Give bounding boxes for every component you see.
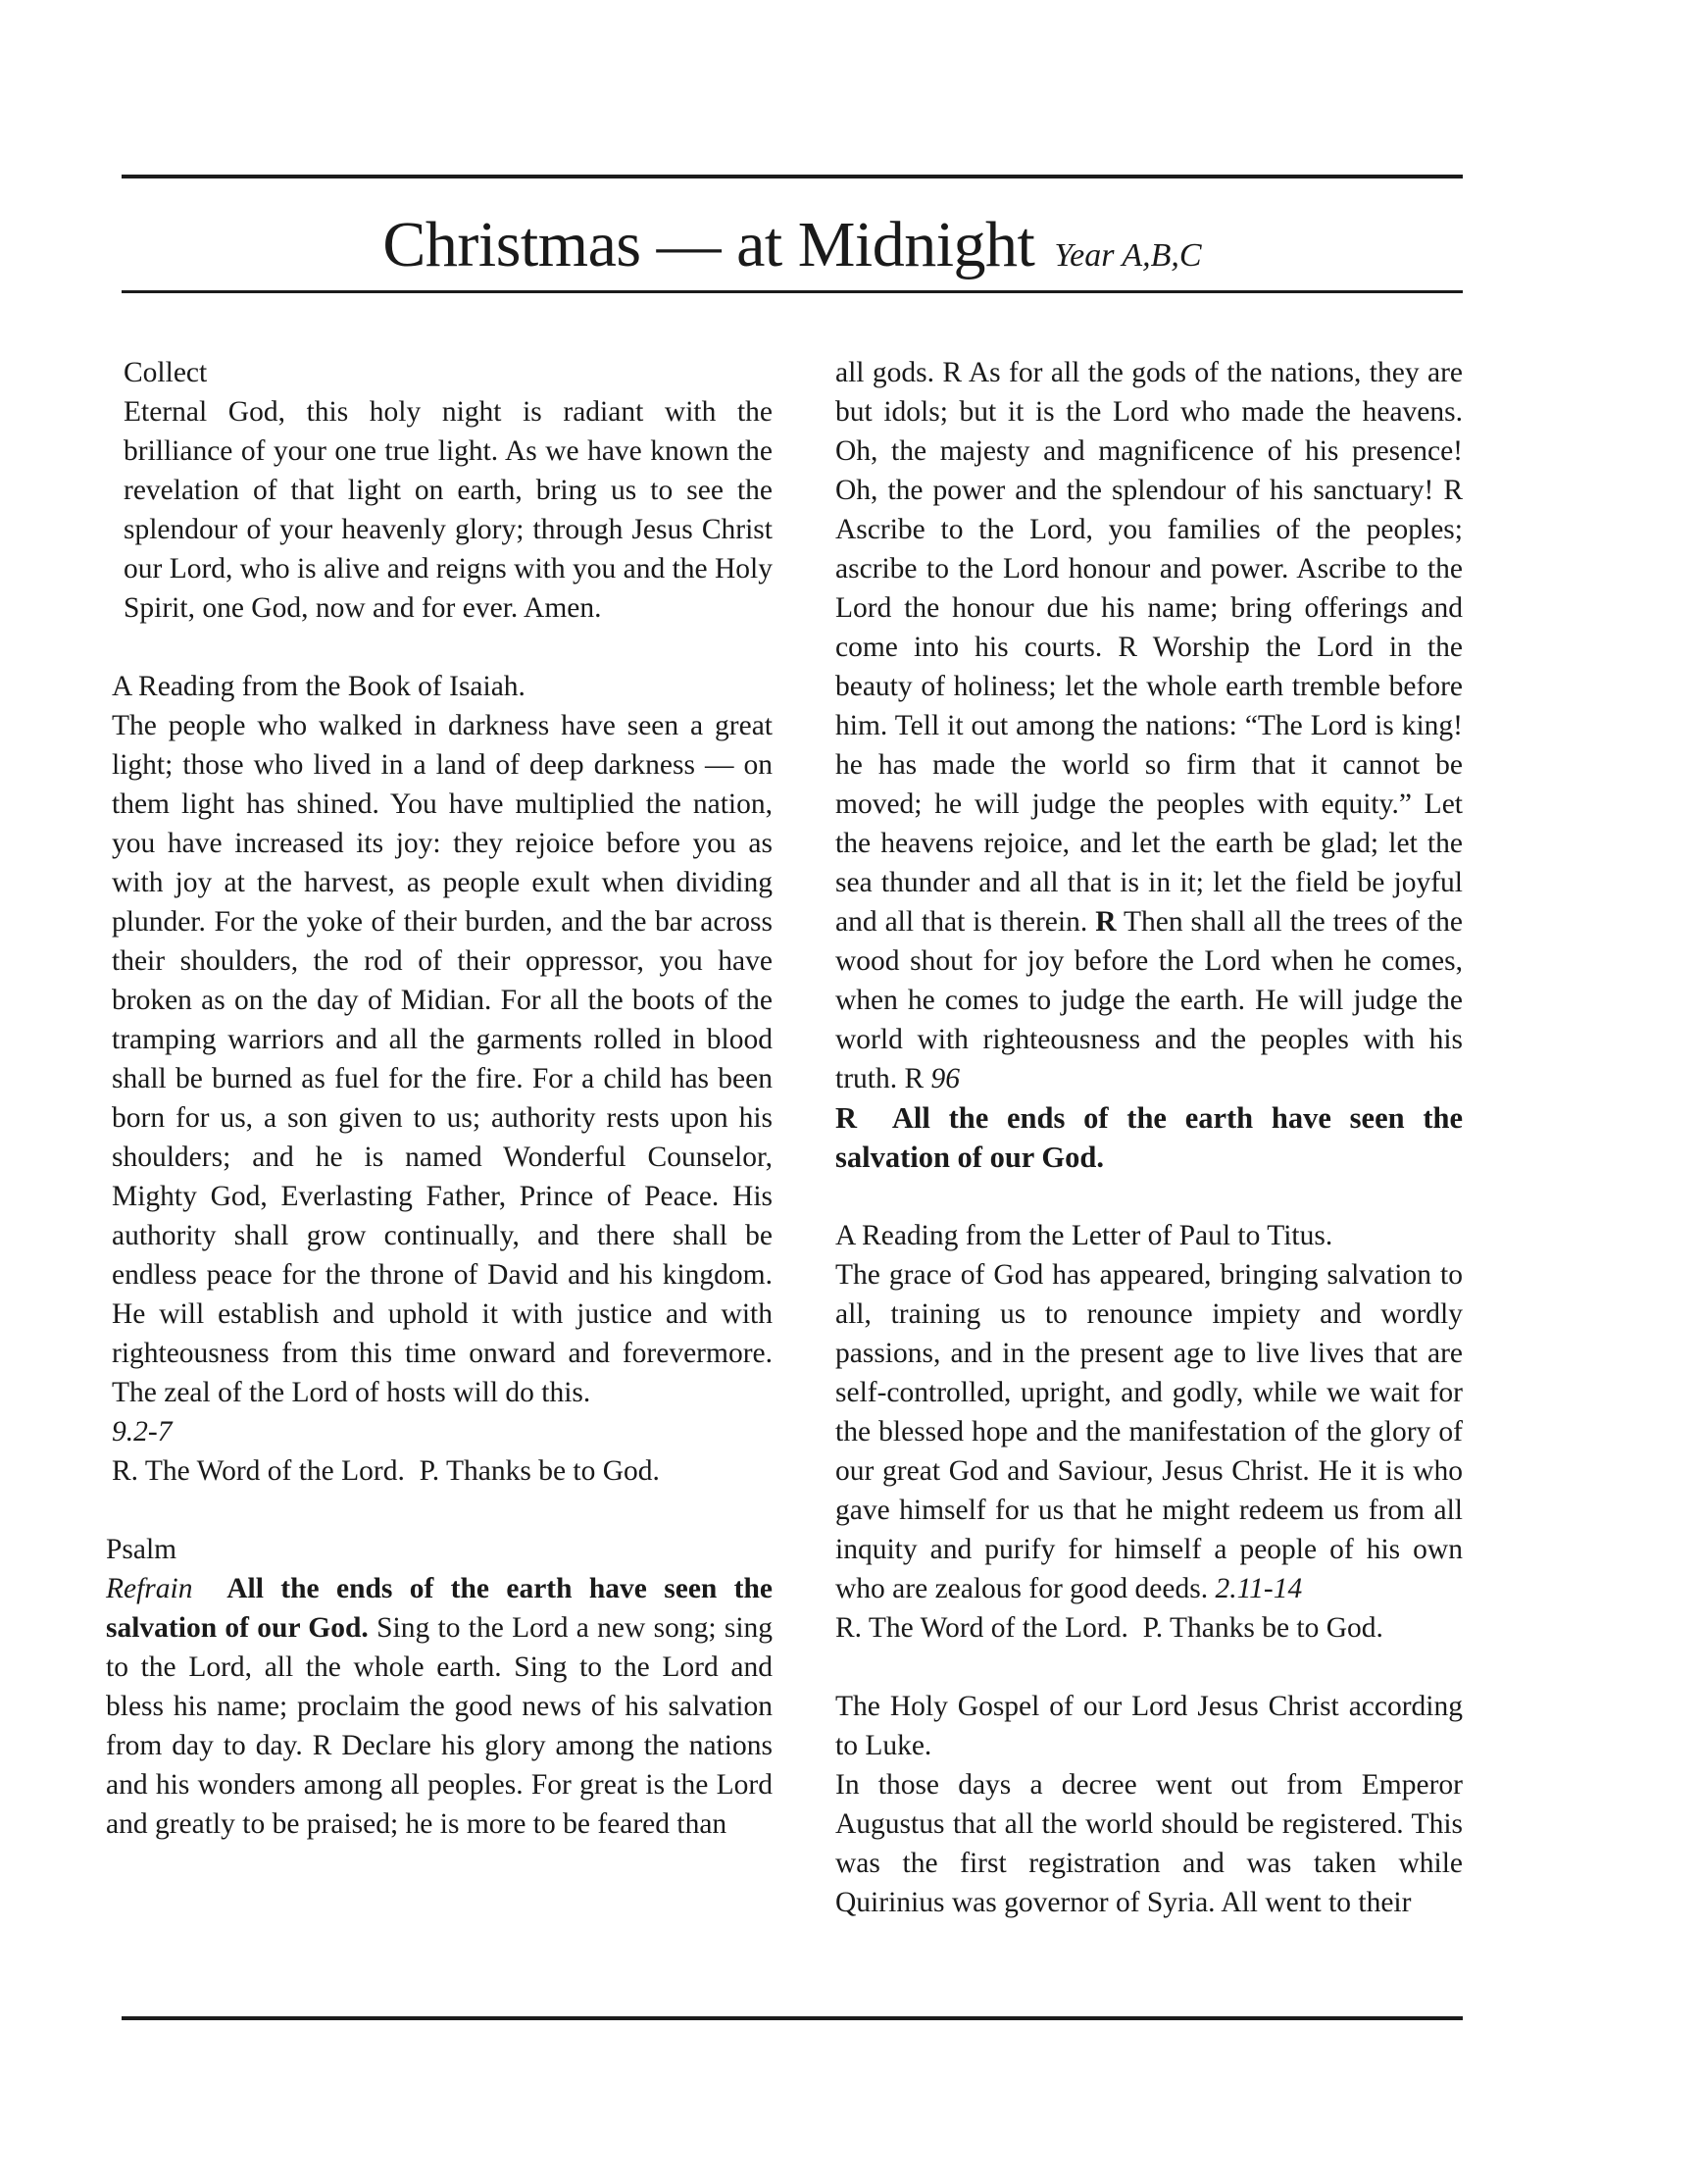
title-underline-rule bbox=[122, 290, 1463, 293]
response-p-label: P. bbox=[1143, 1612, 1164, 1644]
collect-heading: Collect bbox=[106, 353, 773, 392]
response-p-text: Thanks be to God. bbox=[446, 1455, 660, 1487]
first-reading-reference: 9.2-7 bbox=[106, 1412, 773, 1451]
closing-refrain-label: R bbox=[835, 1101, 857, 1135]
psalm-closing-refrain: R All the ends of the earth have seen th… bbox=[835, 1098, 1463, 1177]
left-column: Collect Eternal God, this holy night is … bbox=[106, 353, 773, 1844]
second-reading-text: The grace of God has appeared, bringing … bbox=[835, 1255, 1463, 1608]
response-r-text: The Word of the Lord. bbox=[869, 1612, 1128, 1644]
psalm-reference: 96 bbox=[931, 1063, 961, 1094]
response-p-label: P. bbox=[420, 1455, 440, 1487]
second-reading-body: The grace of God has appeared, bringing … bbox=[835, 1259, 1463, 1604]
response-r-label: R. bbox=[112, 1455, 138, 1487]
psalm-r-marker: R bbox=[1095, 906, 1116, 938]
psalm-continued-part-a: all gods. R As for all the gods of the n… bbox=[835, 357, 1463, 938]
right-column: all gods. R As for all the gods of the n… bbox=[835, 353, 1463, 1922]
first-reading-response: R. The Word of the Lord. P. Thanks be to… bbox=[106, 1451, 773, 1491]
gospel-heading: The Holy Gospel of our Lord Jesus Christ… bbox=[835, 1687, 1463, 1765]
psalm-heading: Psalm bbox=[106, 1530, 773, 1569]
psalm-continued-section: all gods. R As for all the gods of the n… bbox=[835, 353, 1463, 1177]
first-reading-text: The people who walked in darkness have s… bbox=[106, 706, 773, 1412]
collect-section: Collect Eternal God, this holy night is … bbox=[106, 353, 773, 628]
second-reading-reference: 2.11-14 bbox=[1215, 1573, 1302, 1604]
year-label: Year A,B,C bbox=[1054, 237, 1201, 274]
gospel-text: In those days a decree went out from Emp… bbox=[835, 1765, 1463, 1922]
top-rule bbox=[122, 175, 1463, 178]
collect-text: Eternal God, this holy night is radiant … bbox=[106, 392, 773, 628]
gospel-section: The Holy Gospel of our Lord Jesus Christ… bbox=[835, 1687, 1463, 1922]
psalm-continued-text: all gods. R As for all the gods of the n… bbox=[835, 353, 1463, 1098]
second-reading-response: R. The Word of the Lord. P. Thanks be to… bbox=[835, 1608, 1463, 1648]
first-reading-section: A Reading from the Book of Isaiah. The p… bbox=[106, 667, 773, 1491]
page-title: Christmas — at Midnight bbox=[382, 209, 1034, 280]
psalm-section: Psalm Refrain All the ends of the earth … bbox=[106, 1530, 773, 1844]
response-r-label: R. bbox=[835, 1612, 862, 1644]
response-r-text: The Word of the Lord. bbox=[145, 1455, 405, 1487]
second-reading-section: A Reading from the Letter of Paul to Tit… bbox=[835, 1216, 1463, 1648]
refrain-label: Refrain bbox=[106, 1573, 193, 1604]
psalm-text: Refrain All the ends of the earth have s… bbox=[106, 1569, 773, 1844]
closing-refrain-text: All the ends of the earth have seen the … bbox=[835, 1101, 1463, 1174]
bottom-rule bbox=[122, 2016, 1463, 2020]
response-p-text: Thanks be to God. bbox=[1170, 1612, 1383, 1644]
first-reading-heading: A Reading from the Book of Isaiah. bbox=[106, 667, 773, 706]
page-header: Christmas — at MidnightYear A,B,C bbox=[122, 208, 1463, 282]
second-reading-heading: A Reading from the Letter of Paul to Tit… bbox=[835, 1216, 1463, 1255]
psalm-verses: Sing to the Lord a new song; sing to the… bbox=[106, 1612, 773, 1840]
